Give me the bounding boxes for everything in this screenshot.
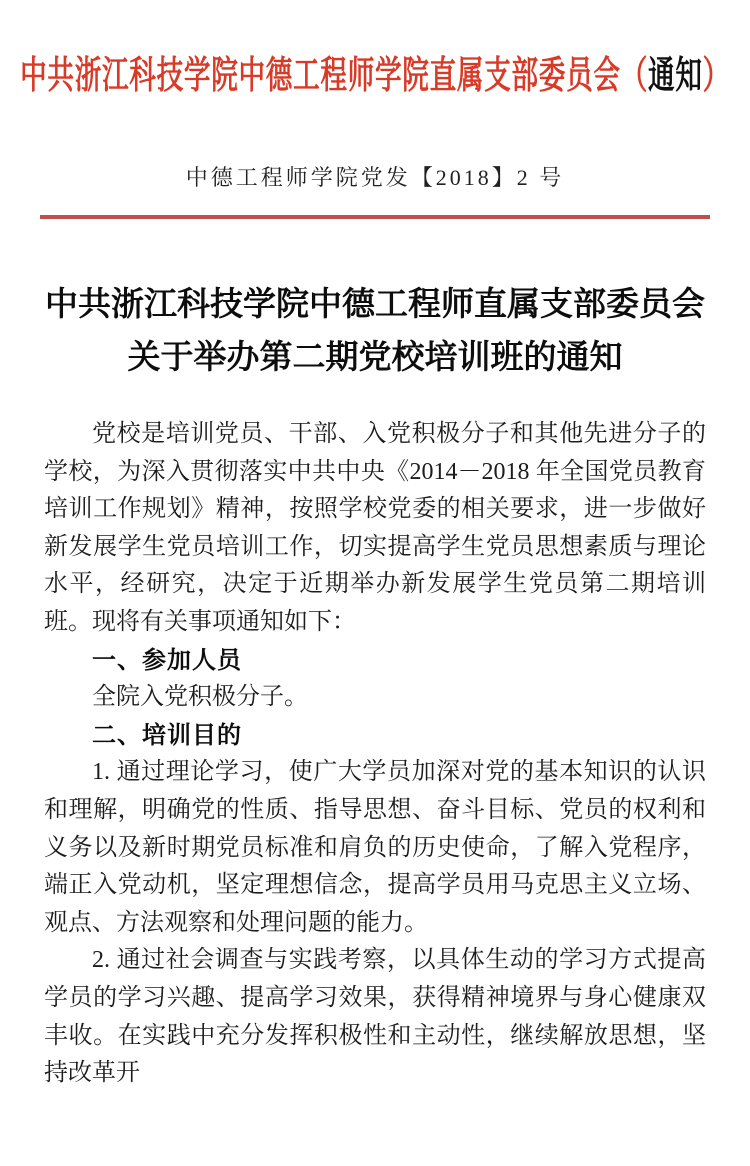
doc-title-line2: 关于举办第二期党校培训班的通知: [0, 330, 750, 383]
document-page: 中共浙江科技学院中德工程师学院直属支部委员会（通知） 中德工程师学院党发【201…: [0, 0, 750, 1166]
red-divider-rule: [40, 215, 710, 219]
doc-title-line1: 中共浙江科技学院中德工程师直属支部委员会: [0, 277, 750, 330]
header-paren-open: （: [621, 55, 648, 97]
header-org-text: 中共浙江科技学院中德工程师学院直属支部委员会: [20, 55, 621, 97]
section-2-item-1: 1. 通过理论学习，使广大学员加深对党的基本知识的认识和理解，明确党的性质、指导…: [44, 754, 706, 942]
header-paren-close: ）: [703, 55, 730, 97]
document-header: 中共浙江科技学院中德工程师学院直属支部委员会（通知）: [0, 0, 750, 100]
intro-paragraph: 党校是培训党员、干部、入党积极分子和其他先进分子的学校，为深入贯彻落实中共中央《…: [44, 416, 706, 642]
doc-number: 中德工程师学院党发【2018】2 号: [0, 164, 750, 192]
doc-body: 党校是培训党员、干部、入党积极分子和其他先进分子的学校，为深入贯彻落实中共中央《…: [44, 416, 706, 1093]
section-2-heading: 二、培训目的: [44, 717, 706, 755]
header-org-name: 中共浙江科技学院中德工程师学院直属支部委员会（通知）: [20, 52, 730, 100]
section-1-text: 全院入党积极分子。: [44, 679, 706, 717]
section-2-item-2: 2. 通过社会调查与实践考察，以具体生动的学习方式提高学员的学习兴趣、提高学习效…: [44, 942, 706, 1092]
section-1-heading: 一、参加人员: [44, 642, 706, 680]
header-notice-label: 通知: [648, 55, 703, 97]
doc-title: 中共浙江科技学院中德工程师直属支部委员会 关于举办第二期党校培训班的通知: [0, 277, 750, 383]
